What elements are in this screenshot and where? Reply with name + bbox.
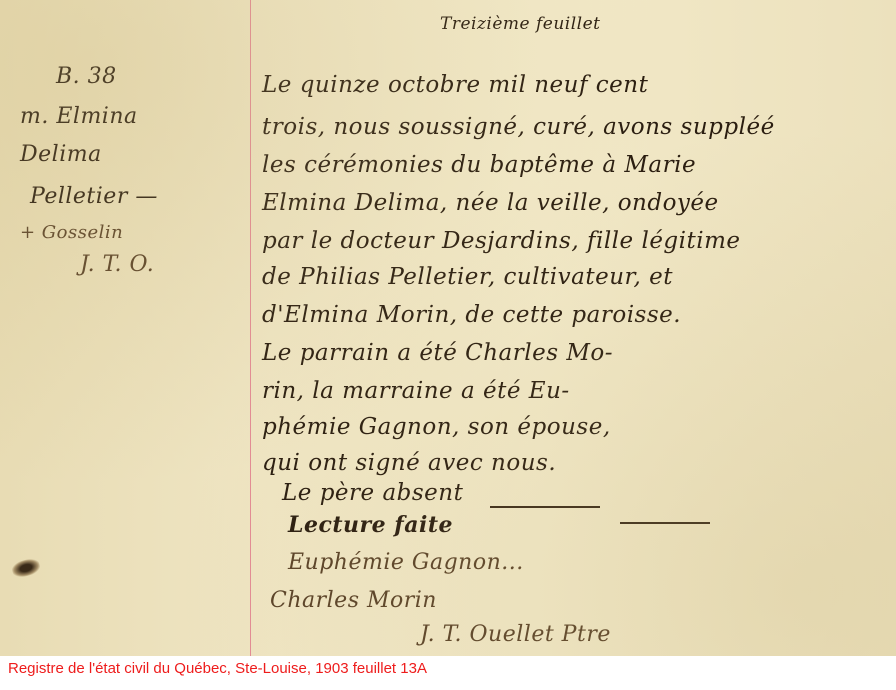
body-line-9: rin, la marraine a été Eu- [262, 378, 570, 404]
body-line-2: trois, nous soussigné, curé, avons suppl… [262, 114, 775, 140]
margin-line [250, 0, 251, 656]
margin-note-record-number: B. 38 [56, 64, 117, 89]
margin-note-initials: J. T. O. [80, 252, 154, 277]
body-line-6: de Philias Pelletier, cultivateur, et [262, 264, 673, 290]
body-line-10: phémie Gagnon, son épouse, [262, 414, 611, 440]
signature-lecture-faite: Lecture faite [288, 512, 453, 538]
signature-charles-morin: Charles Morin [270, 588, 437, 613]
body-line-1: Le quinze octobre mil neuf cent [262, 72, 648, 98]
body-line-5: par le docteur Desjardins, fille légitim… [262, 228, 741, 254]
margin-note-name-2: Delima [20, 142, 102, 167]
signature-euphemie-gagnon: Euphémie Gagnon... [288, 550, 524, 575]
register-page-scan: Treizième feuillet B. 38 m. Elmina Delim… [0, 0, 896, 656]
body-line-11: qui ont signé avec nous. [262, 450, 556, 476]
body-line-4: Elmina Delima, née la veille, ondoyée [262, 190, 719, 216]
margin-note-annotation: + Gosselin [20, 222, 123, 243]
body-line-7: d'Elmina Morin, de cette paroisse. [262, 302, 681, 328]
document-caption: Registre de l'état civil du Québec, Ste-… [8, 660, 427, 677]
underline-rule [490, 506, 600, 508]
underline-rule [620, 522, 710, 524]
body-line-8: Le parrain a été Charles Mo- [262, 340, 613, 366]
signature-priest: J. T. Ouellet Ptre [420, 622, 611, 647]
ink-stain [10, 557, 41, 580]
body-line-12: Le père absent [282, 480, 463, 506]
page-header-title: Treizième feuillet [440, 14, 601, 34]
body-line-3: les cérémonies du baptême à Marie [262, 152, 696, 178]
margin-note-surname: Pelletier — [30, 184, 158, 209]
margin-note-name: m. Elmina [20, 104, 138, 129]
